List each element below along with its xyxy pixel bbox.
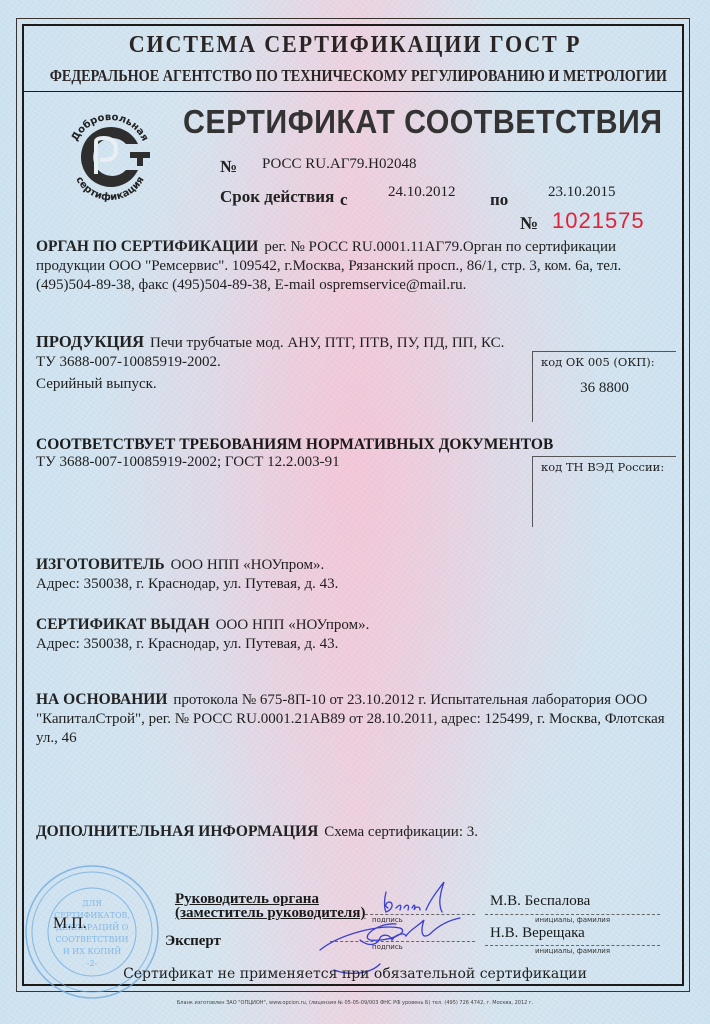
manufacturer-label: ИЗГОТОВИТЕЛЬ (36, 556, 165, 573)
section-basis: НА ОСНОВАНИИпротокола № 675-8П-10 от 23.… (36, 690, 666, 748)
section-manufacturer: ИЗГОТОВИТЕЛЬООО НПП «НОУпром». Адрес: 35… (36, 555, 656, 594)
registration-number: РОСС RU.АГ79.Н02048 (262, 156, 416, 173)
manufacturer-address: Адрес: 350038, г. Краснодар, ул. Путевая… (36, 575, 656, 594)
head-name-caption: инициалы, фамилия (535, 916, 610, 924)
printer-imprint: Бланк изготовлен ЗАО "ОПЦИОН", www.opcio… (0, 1000, 710, 1006)
system-title: СИСТЕМА СЕРТИФИКАЦИИ ГОСТ Р (28, 32, 681, 59)
validity-from-label: с (340, 190, 348, 210)
section-product: ПРОДУКЦИЯПечи трубчатые мод. АНУ, ПТГ, П… (36, 332, 516, 394)
svg-text:И ИХ КОПИЙ: И ИХ КОПИЙ (63, 947, 121, 956)
expert-title: Эксперт (165, 933, 221, 950)
validity-to-label: по (490, 190, 508, 210)
product-line-1: Печи трубчатые мод. АНУ, ПТГ, ПТВ, ПУ, П… (150, 335, 504, 351)
conformity-label: СООТВЕТСТВУЕТ ТРЕБОВАНИЯМ НОРМАТИВНЫХ ДО… (36, 436, 553, 454)
section-additional-info: ДОПОЛНИТЕЛЬНАЯ ИНФОРМАЦИЯСхема сертифика… (36, 822, 656, 842)
valid-from-date: 24.10.2012 (388, 184, 456, 201)
okp-code-box: код ОК 005 (ОКП): 36 8800 (532, 351, 676, 422)
section-issued-to: СЕРТИФИКАТ ВЫДАНООО НПП «НОУпром». Адрес… (36, 615, 656, 654)
additional-info-label: ДОПОЛНИТЕЛЬНАЯ ИНФОРМАЦИЯ (36, 823, 318, 840)
certificate-title: СЕРТИФИКАТ СООТВЕТСТВИЯ (183, 103, 663, 141)
serial-number-sign: № (520, 213, 538, 234)
additional-info-text: Схема сертификации: 3. (324, 824, 478, 840)
issued-to-name: ООО НПП «НОУпром». (216, 617, 370, 633)
svg-text:СООТВЕТСТВИИ: СООТВЕТСТВИИ (56, 935, 129, 944)
manufacturer-name: ООО НПП «НОУпром». (171, 557, 325, 573)
okp-code-label: код ОК 005 (ОКП): (541, 355, 655, 369)
product-line-3: Серийный выпуск. (36, 375, 516, 394)
basis-label: НА ОСНОВАНИИ (36, 691, 167, 708)
seal-placeholder-label: М.П. (53, 915, 87, 933)
expert-name: Н.В. Верещака (490, 925, 585, 942)
handwritten-signatures-icon (300, 870, 480, 980)
agency-name: ФЕДЕРАЛЬНОЕ АГЕНТСТВО ПО ТЕХНИЧЕСКОМУ РЕ… (50, 66, 661, 86)
product-label: ПРОДУКЦИЯ (36, 332, 144, 351)
head-name-line (485, 914, 660, 915)
head-name: М.В. Беспалова (490, 893, 590, 910)
rst-logo-icon: Добровольная сертификация (60, 110, 160, 202)
product-line-2: ТУ 3688-007-10085919-2002. (36, 353, 516, 372)
okp-code-value: 36 8800 (533, 380, 676, 397)
certification-body-label: ОРГАН ПО СЕРТИФИКАЦИИ (36, 238, 258, 255)
validity-label: Срок действия (220, 187, 334, 207)
issued-to-address: Адрес: 350038, г. Краснодар, ул. Путевая… (36, 635, 656, 654)
expert-name-line (485, 945, 660, 946)
serial-number: 1021575 (552, 208, 645, 234)
expert-name-caption: инициалы, фамилия (535, 947, 610, 955)
tn-ved-code-label: код ТН ВЭД России: (541, 460, 664, 474)
tn-ved-code-box: код ТН ВЭД России: (532, 456, 676, 527)
svg-text:ДЛЯ: ДЛЯ (82, 899, 102, 908)
issued-to-label: СЕРТИФИКАТ ВЫДАН (36, 616, 210, 633)
section-certification-body: ОРГАН ПО СЕРТИФИКАЦИИрег. № РОСС RU.0001… (36, 237, 656, 295)
footer-note: Сертификат не применяется при обязательн… (0, 966, 710, 982)
valid-to-date: 23.10.2015 (548, 184, 616, 201)
number-sign: № (220, 157, 237, 177)
header-divider (22, 91, 684, 92)
